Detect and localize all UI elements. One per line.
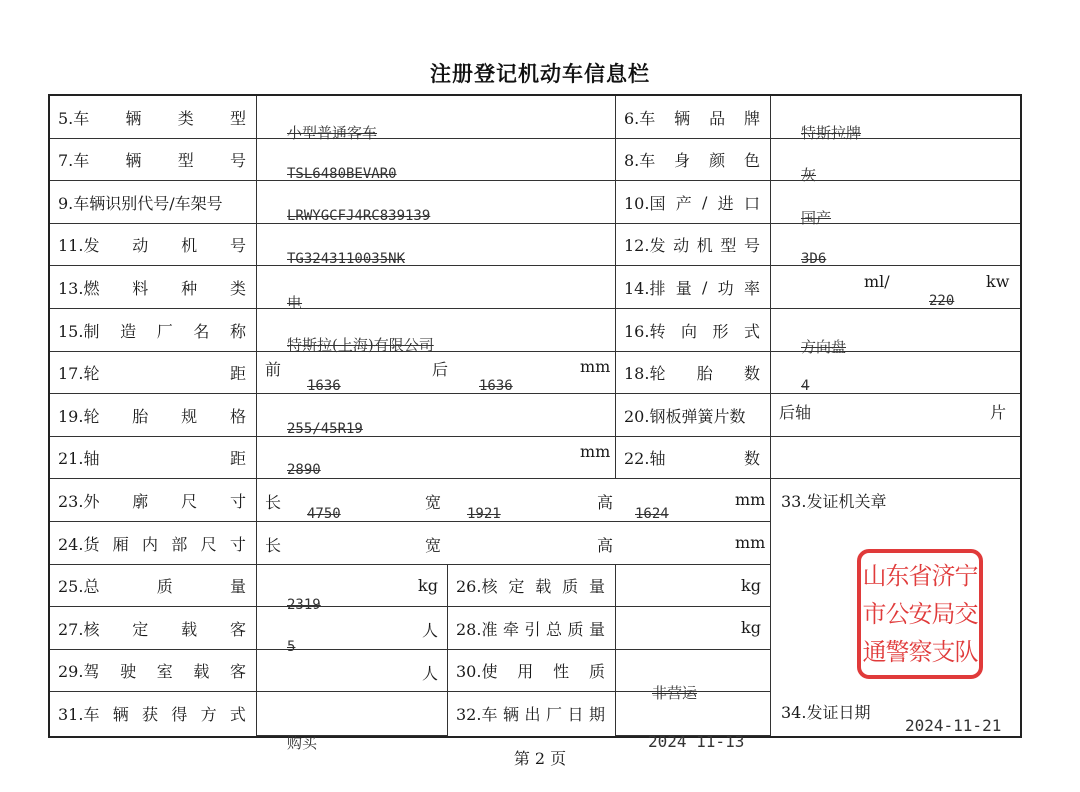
field-label-part: 形 bbox=[712, 319, 728, 342]
f24-width-label: 宽 bbox=[425, 533, 441, 556]
stamp-line: 山东省济宁 bbox=[861, 557, 979, 595]
stamp-line: 市公安局交 bbox=[861, 595, 979, 633]
power-unit: kw bbox=[986, 272, 1009, 291]
field-label-part: 厂 bbox=[546, 702, 562, 725]
f31-label-cell: 31.车辆获得方式 bbox=[50, 692, 257, 736]
field-label-part: 6.车 bbox=[624, 106, 655, 129]
f11-label-cell: 11.发动机号 bbox=[50, 224, 257, 266]
field-label-part: 料 bbox=[132, 276, 148, 299]
field-label-part: 寸 bbox=[230, 489, 246, 512]
field-label-part: 量 bbox=[230, 574, 246, 597]
field-label-part: 质 bbox=[562, 574, 578, 597]
field-label-part: 得 bbox=[171, 702, 187, 725]
field-label-part: 种 bbox=[181, 276, 197, 299]
field-label-part: 14.排 bbox=[624, 276, 665, 299]
field-label-part: 型 bbox=[720, 233, 736, 256]
field-label-part: 30.使 bbox=[456, 659, 497, 682]
field-label-part: 室 bbox=[157, 659, 173, 682]
manufacturer-value: 特斯拉(上海)有限公司 bbox=[287, 334, 434, 355]
usage-nature-value: 非营运 bbox=[652, 682, 697, 703]
displacement-unit: ml/ bbox=[864, 272, 890, 291]
field-label-part: 造 bbox=[120, 319, 136, 342]
field-label-part: 驶 bbox=[120, 659, 136, 682]
f24-value-cell bbox=[257, 522, 771, 565]
f7-label-cell: 7.车辆型号 bbox=[50, 139, 257, 181]
front-track-label: 前 bbox=[265, 357, 281, 380]
f24-unit: mm bbox=[735, 533, 765, 552]
field-label-part: 型 bbox=[230, 106, 246, 129]
issue-date-label: 34.发证日期 bbox=[781, 700, 870, 723]
field-label-part: 向 bbox=[681, 319, 697, 342]
field-label-part: 定 bbox=[132, 617, 148, 640]
field-label-part: 身 bbox=[674, 148, 690, 171]
field-label-part: 总 bbox=[546, 617, 562, 640]
field-label-part: 方 bbox=[201, 702, 217, 725]
field-label-part: 牌 bbox=[744, 106, 760, 129]
field-label-part: 19.轮 bbox=[58, 404, 99, 427]
field-label-part: 距 bbox=[230, 446, 246, 469]
field-label-part: 辆 bbox=[113, 702, 129, 725]
passenger-unit: 人 bbox=[422, 618, 438, 641]
field-label-part: 质 bbox=[589, 659, 605, 682]
f14-value-cell bbox=[771, 266, 1020, 309]
height-value: 1624 bbox=[635, 506, 669, 522]
f21-label-cell: 21.轴距 bbox=[50, 437, 257, 479]
rear-track-value: 1636 bbox=[479, 378, 513, 394]
field-label-part: 31.车 bbox=[58, 702, 99, 725]
f24-label-cell: 24.货厢内部尺寸 bbox=[50, 522, 257, 565]
field-label-part: 厢 bbox=[113, 532, 129, 555]
field-label-part: 廓 bbox=[132, 489, 148, 512]
f17-label-cell: 17.轮距 bbox=[50, 352, 257, 394]
field-label-part: 寸 bbox=[230, 532, 246, 555]
f23-height-label: 高 bbox=[597, 490, 613, 513]
cab-passenger-unit: 人 bbox=[422, 661, 438, 684]
field-label-part: 机 bbox=[697, 233, 713, 256]
vehicle-brand-value: 特斯拉牌 bbox=[801, 122, 861, 143]
f22-value-cell bbox=[771, 437, 1020, 479]
field-label-part: 口 bbox=[744, 191, 760, 214]
field-label-part: 式 bbox=[230, 702, 246, 725]
field-label-part: 29.驾 bbox=[58, 659, 99, 682]
f27-value-cell bbox=[257, 607, 448, 650]
field-label-part: 辆 bbox=[126, 106, 142, 129]
f14-label-cell: 14.排量/功率 bbox=[616, 266, 771, 309]
engine-number-value: TG3243110035NK bbox=[287, 251, 405, 267]
field-label-part: 率 bbox=[744, 276, 760, 299]
f25-label-cell: 25.总质量 bbox=[50, 565, 257, 607]
field-label-part: / bbox=[702, 278, 707, 297]
field-label-part: 客 bbox=[230, 659, 246, 682]
wheelbase-unit: mm bbox=[580, 442, 610, 461]
wheelbase-value: 2890 bbox=[287, 462, 321, 478]
field-label-part: 日 bbox=[567, 702, 583, 725]
field-label-part: 动 bbox=[132, 233, 148, 256]
field-label-part: 期 bbox=[589, 702, 605, 725]
f27-label-cell: 27.核定载客 bbox=[50, 607, 257, 650]
field-label-part: 颜 bbox=[709, 148, 725, 171]
f5-label-cell: 5.车辆类型 bbox=[50, 96, 257, 139]
tire-count-value: 4 bbox=[801, 378, 809, 394]
field-label-part: 动 bbox=[673, 233, 689, 256]
f12-label-cell: 12.发动机型号 bbox=[616, 224, 771, 266]
field-label-part: 25.总 bbox=[58, 574, 99, 597]
f9-label-cell: 9.车辆识别代号/车架号 bbox=[50, 181, 257, 224]
f23-length-label: 长 bbox=[265, 490, 281, 513]
field-label-part: 辆 bbox=[674, 106, 690, 129]
f29-value-cell bbox=[257, 650, 448, 692]
f24-height-label: 高 bbox=[597, 533, 613, 556]
field-label-part: 11.发 bbox=[58, 233, 99, 256]
f15-label-cell: 15.制造厂名称 bbox=[50, 309, 257, 352]
field-label-part: 胎 bbox=[132, 404, 148, 427]
stamp-line: 通警察支队 bbox=[861, 633, 979, 671]
field-label-part: 用 bbox=[517, 659, 533, 682]
field-label-part: 数 bbox=[744, 361, 760, 384]
rated-load-unit: kg bbox=[741, 576, 761, 595]
field-label-part: 产 bbox=[676, 191, 692, 214]
field-label-part: 机 bbox=[181, 233, 197, 256]
field-label-part: 量 bbox=[676, 276, 692, 299]
field-label-part: 号 bbox=[230, 148, 246, 171]
field-label-part: 质 bbox=[157, 574, 173, 597]
width-value: 1921 bbox=[467, 506, 501, 522]
tire-spec-value: 255/45R19 bbox=[287, 421, 363, 437]
f29-label-cell: 29.驾驶室载客 bbox=[50, 650, 257, 692]
f32-label-cell: 32.车辆出厂日期 bbox=[448, 692, 616, 736]
issue-date-value: 2024-11-21 bbox=[905, 716, 1001, 735]
field-label-part: 出 bbox=[524, 702, 540, 725]
origin-value: 国产 bbox=[801, 207, 831, 228]
field-label-part: 获 bbox=[142, 702, 158, 725]
engine-model-value: 3D6 bbox=[801, 251, 826, 267]
f30-label-cell: 30.使用性质 bbox=[448, 650, 616, 692]
field-label-part: 规 bbox=[181, 404, 197, 427]
f23-unit: mm bbox=[735, 490, 765, 509]
field-label-part: 部 bbox=[171, 532, 187, 555]
field-label-part: 质 bbox=[567, 617, 583, 640]
field-label-part: 7.车 bbox=[58, 148, 89, 171]
field-label-part: 28.准 bbox=[456, 617, 497, 640]
field-label-part: 5.车 bbox=[58, 106, 89, 129]
field-label-part: 15.制 bbox=[58, 319, 99, 342]
f31-value-cell bbox=[257, 692, 448, 736]
f19-label-cell: 19.轮胎规格 bbox=[50, 394, 257, 437]
field-label-part: 号 bbox=[230, 233, 246, 256]
field-label-part: 32.车 bbox=[456, 702, 497, 725]
field-label-part: 载 bbox=[193, 659, 209, 682]
f16-label-cell: 16.转向形式 bbox=[616, 309, 771, 352]
field-label-part: 内 bbox=[142, 532, 158, 555]
field-label-part: 格 bbox=[230, 404, 246, 427]
field-label-part: 距 bbox=[230, 361, 246, 384]
field-label-part: 辆 bbox=[126, 148, 142, 171]
field-label-part: 22.轴 bbox=[624, 446, 665, 469]
field-label-part: 20.钢板弹簧片数 bbox=[624, 404, 745, 427]
field-label-part: 载 bbox=[181, 617, 197, 640]
f24-length-label: 长 bbox=[265, 533, 281, 556]
field-label-part: 26.核 bbox=[456, 574, 497, 597]
f6-label-cell: 6.车辆品牌 bbox=[616, 96, 771, 139]
field-label-part: 17.轮 bbox=[58, 361, 99, 384]
f10-label-cell: 10.国产/进口 bbox=[616, 181, 771, 224]
issuing-authority-label: 33.发证机关章 bbox=[781, 489, 886, 512]
field-label-part: 21.轴 bbox=[58, 446, 99, 469]
field-label-part: 18.轮 bbox=[624, 361, 665, 384]
field-label-part: 式 bbox=[744, 319, 760, 342]
field-label-part: 功 bbox=[718, 276, 734, 299]
field-label-part: 类 bbox=[230, 276, 246, 299]
f20-label-cell: 20.钢板弹簧片数 bbox=[616, 394, 771, 437]
f8-label-cell: 8.车身颜色 bbox=[616, 139, 771, 181]
f28-label-cell: 28.准牵引总质量 bbox=[448, 607, 616, 650]
field-label-part: 24.货 bbox=[58, 532, 99, 555]
field-label-part: 色 bbox=[744, 148, 760, 171]
field-label-part: 23.外 bbox=[58, 489, 99, 512]
field-label-part: 量 bbox=[589, 617, 605, 640]
field-label-part: / bbox=[702, 193, 707, 212]
leaf-spring-unit: 片 bbox=[990, 400, 1006, 423]
field-label-part: 尺 bbox=[201, 532, 217, 555]
towing-mass-unit: kg bbox=[741, 618, 761, 637]
rear-track-label: 后 bbox=[432, 357, 448, 380]
f18-label-cell: 18.轮胎数 bbox=[616, 352, 771, 394]
field-label-part: 厂 bbox=[157, 319, 173, 342]
front-track-value: 1636 bbox=[307, 378, 341, 394]
power-value: 220 bbox=[929, 293, 954, 309]
field-label-part: 性 bbox=[553, 659, 569, 682]
f13-value-cell bbox=[257, 266, 616, 309]
f22-label-cell: 22.轴数 bbox=[616, 437, 771, 479]
field-label-part: 8.车 bbox=[624, 148, 655, 171]
length-value: 4750 bbox=[307, 506, 341, 522]
field-label-part: 10.国 bbox=[624, 191, 665, 214]
field-label-part: 9.车辆识别代号/车架号 bbox=[58, 191, 223, 214]
field-label-part: 引 bbox=[524, 617, 540, 640]
field-label-part: 胎 bbox=[697, 361, 713, 384]
vehicle-model-value: TSL6480BEVAR0 bbox=[287, 166, 397, 182]
field-label-part: 客 bbox=[230, 617, 246, 640]
vin-value: LRWYGCFJ4RC839139 bbox=[287, 208, 430, 224]
field-label-part: 型 bbox=[178, 148, 194, 171]
passenger-value: 5 bbox=[287, 639, 295, 655]
f13-label-cell: 13.燃料种类 bbox=[50, 266, 257, 309]
f23-width-label: 宽 bbox=[425, 490, 441, 513]
track-unit: mm bbox=[580, 357, 610, 376]
field-label-part: 尺 bbox=[181, 489, 197, 512]
steering-type-value: 方向盘 bbox=[801, 336, 846, 357]
vehicle-type-value: 小型普通客车 bbox=[287, 122, 377, 143]
gross-mass-value: 2319 bbox=[287, 597, 321, 613]
field-label-part: 称 bbox=[230, 319, 246, 342]
issuing-authority-stamp: 山东省济宁 市公安局交 通警察支队 bbox=[857, 549, 983, 679]
page-title: 注册登记机动车信息栏 bbox=[0, 58, 1080, 88]
field-label-part: 定 bbox=[508, 574, 524, 597]
field-label-part: 辆 bbox=[503, 702, 519, 725]
field-label-part: 13.燃 bbox=[58, 276, 99, 299]
field-label-part: 数 bbox=[744, 446, 760, 469]
field-label-part: 牵 bbox=[503, 617, 519, 640]
gross-mass-unit: kg bbox=[418, 576, 438, 595]
field-label-part: 号 bbox=[744, 233, 760, 256]
field-label-part: 载 bbox=[535, 574, 551, 597]
field-label-part: 27.核 bbox=[58, 617, 99, 640]
f26-label-cell: 26.核定载质量 bbox=[448, 565, 616, 607]
field-label-part: 进 bbox=[718, 191, 734, 214]
field-label-part: 名 bbox=[193, 319, 209, 342]
field-label-part: 品 bbox=[709, 106, 725, 129]
field-label-part: 12.发 bbox=[624, 233, 665, 256]
body-color-value: 灰 bbox=[801, 164, 816, 185]
rear-axle-label: 后轴 bbox=[779, 400, 811, 423]
field-label-part: 16.转 bbox=[624, 319, 665, 342]
field-label-part: 类 bbox=[178, 106, 194, 129]
fuel-type-value: 电 bbox=[287, 292, 302, 313]
field-label-part: 量 bbox=[589, 574, 605, 597]
page-number: 第 2 页 bbox=[0, 746, 1080, 769]
f23-label-cell: 23.外廓尺寸 bbox=[50, 479, 257, 522]
